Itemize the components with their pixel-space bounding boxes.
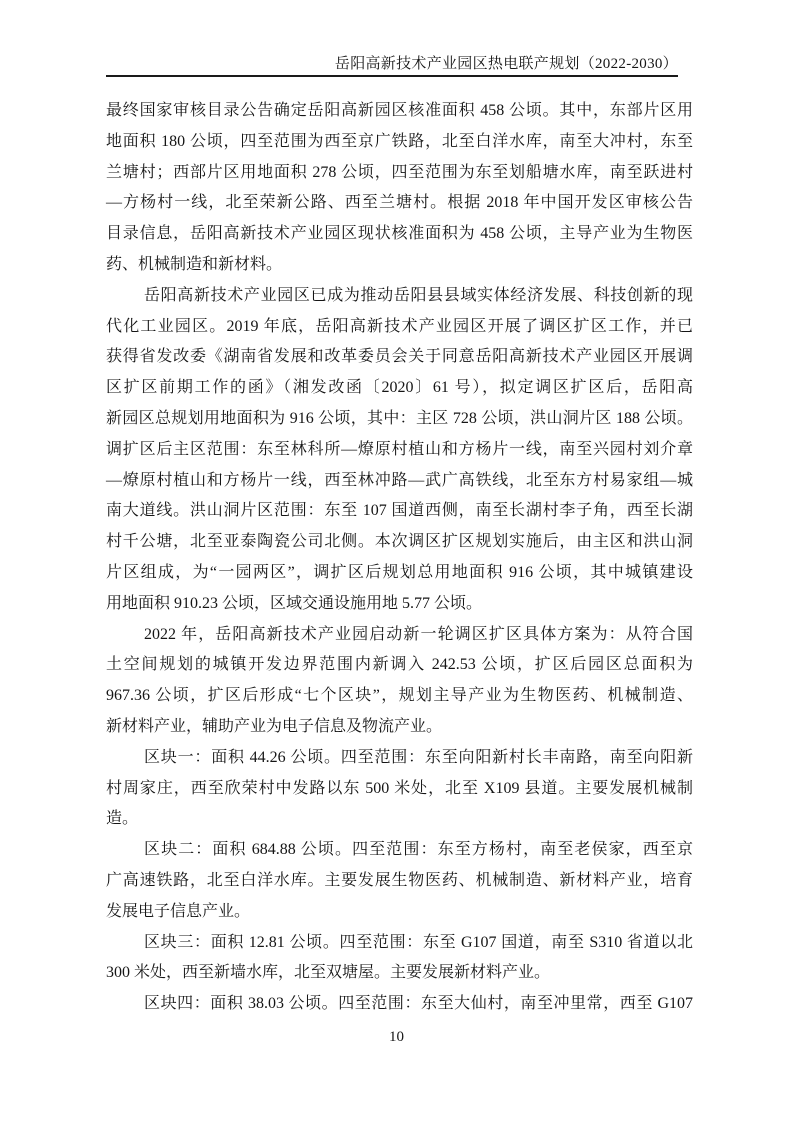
text-line: 用地面积 910.23 公顷，区域交通设施用地 5.77 公顷。 — [106, 589, 693, 620]
text-line: —方杨村一线，北至荣新公路、西至兰塘村。根据 2018 年中国开发区审核公告 — [106, 188, 693, 219]
text-line: 兰塘村；西部片区用地面积 278 公顷，四至范围为东至划船塘水库，南至跃进村 — [106, 158, 693, 189]
text-line: 广高速铁路，北至白洋水库。主要发展生物医药、机械制造、新材料产业，培育 — [106, 866, 693, 897]
text-line: 土空间规划的城镇开发边界范围内新调入 242.53 公顷，扩区后园区总面积为 — [106, 650, 693, 681]
text-line: 区扩区前期工作的函》（湘发改函〔2020〕61 号），拟定调区扩区后，岳阳高 — [106, 373, 693, 404]
text-line: 最终国家审核目录公告确定岳阳高新园区核准面积 458 公顷。其中，东部片区用 — [106, 96, 693, 127]
text-line: 地面积 180 公顷，四至范围为西至京广铁路，北至白洋水库，南至大冲村，东至 — [106, 127, 693, 158]
text-line: 岳阳高新技术产业园区已成为推动岳阳县县域实体经济发展、科技创新的现 — [106, 281, 693, 312]
text-line: 区块四：面积 38.03 公顷。四至范围：东至大仙村，南至冲里常，西至 G107 — [106, 989, 693, 1020]
text-line: 代化工业园区。2019 年底，岳阳高新技术产业园区开展了调区扩区工作，并已 — [106, 312, 693, 343]
text-line: 获得省发改委《湖南省发展和改革委员会关于同意岳阳高新技术产业园区开展调 — [106, 342, 693, 373]
text-line: 调扩区后主区范围：东至林科所—燎原村植山和方杨片一线，南至兴园村刘介章 — [106, 435, 693, 466]
text-line: 300 米处，西至新墙水库，北至双塘屋。主要发展新材料产业。 — [106, 958, 693, 989]
text-line: 区块一：面积 44.26 公顷。四至范围：东至向阳新村长丰南路，南至向阳新 — [106, 743, 693, 774]
text-line: —燎原村植山和方杨片一线，西至林冲路—武广高铁线，北至东方村易家组—城 — [106, 466, 693, 497]
text-line: 造。 — [106, 804, 693, 835]
text-line: 967.36 公顷，扩区后形成“七个区块”，规划主导产业为生物医药、机械制造、 — [106, 681, 693, 712]
text-line: 药、机械制造和新材料。 — [106, 250, 693, 281]
text-line: 区块二：面积 684.88 公顷。四至范围：东至方杨村，南至老侯家，西至京 — [106, 835, 693, 866]
text-line: 新材料产业，辅助产业为电子信息及物流产业。 — [106, 712, 693, 743]
text-line: 目录信息，岳阳高新技术产业园区现状核准面积为 458 公顷，主导产业为生物医 — [106, 219, 693, 250]
text-line: 南大道线。洪山洞片区范围：东至 107 国道西侧，南至长湖村李子角，西至长湖 — [106, 496, 693, 527]
page-footer: 10 — [0, 1028, 793, 1046]
page-number: 10 — [389, 1029, 404, 1045]
page: 岳阳高新技术产业园区热电联产规划（2022-2030） 最终国家审核目录公告确定… — [0, 0, 793, 1122]
text-line: 村周家庄，西至欣荣村中发路以东 500 米处，北至 X109 县道。主要发展机械… — [106, 774, 693, 805]
header-title: 岳阳高新技术产业园区热电联产规划（2022-2030） — [335, 56, 678, 72]
text-line: 片区组成，为“一园两区”，调扩区后规划总用地面积 916 公顷，其中城镇建设 — [106, 558, 693, 589]
text-line: 2022 年，岳阳高新技术产业园启动新一轮调区扩区具体方案为：从符合国 — [106, 620, 693, 651]
text-line: 新园区总规划用地面积为 916 公顷，其中：主区 728 公顷，洪山洞片区 18… — [106, 404, 693, 435]
document-body: 最终国家审核目录公告确定岳阳高新园区核准面积 458 公顷。其中，东部片区用地面… — [106, 96, 693, 1020]
document-header: 岳阳高新技术产业园区热电联产规划（2022-2030） — [106, 55, 678, 77]
text-line: 区块三：面积 12.81 公顷。四至范围：东至 G107 国道，南至 S310 … — [106, 928, 693, 959]
text-line: 发展电子信息产业。 — [106, 897, 693, 928]
text-line: 村千公塘，北至亚泰陶瓷公司北侧。本次调区扩区规划实施后，由主区和洪山洞 — [106, 527, 693, 558]
